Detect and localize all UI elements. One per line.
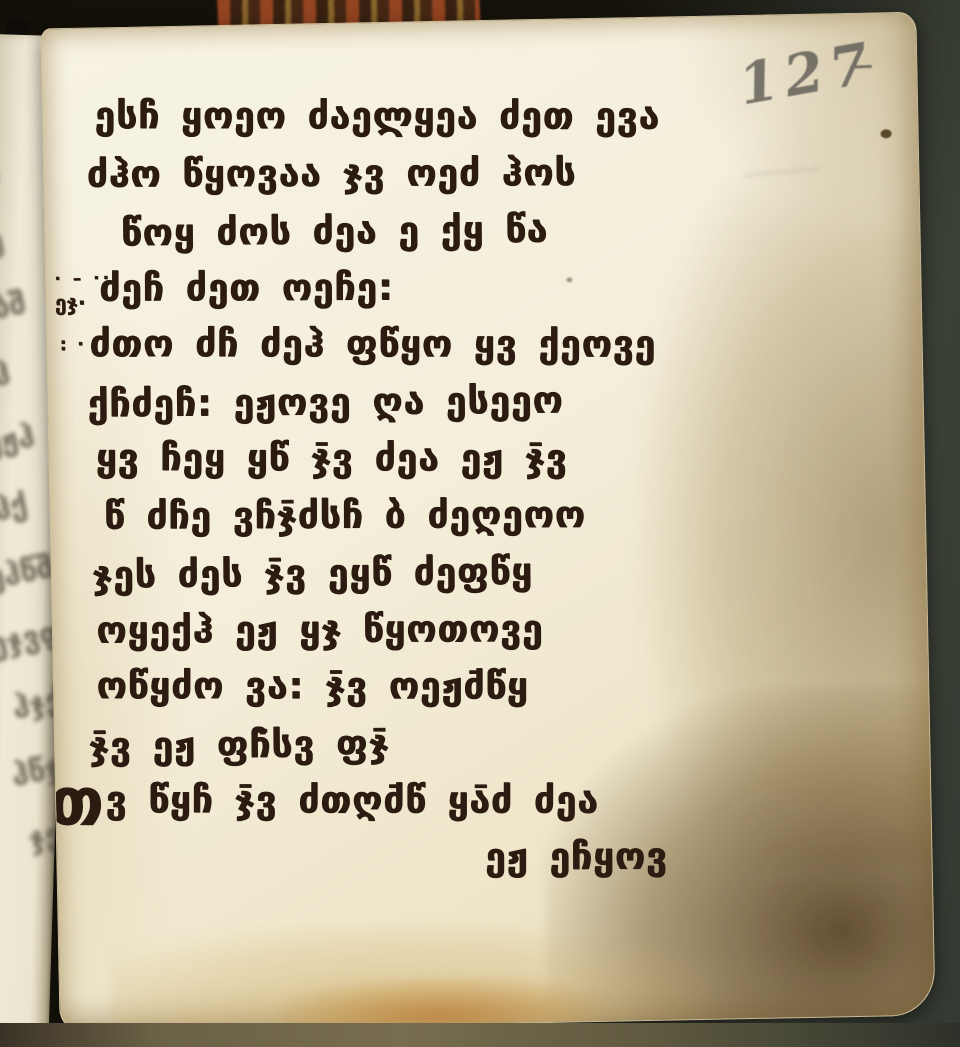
book-block-edge bbox=[0, 1023, 960, 1047]
ink-speck bbox=[881, 129, 892, 138]
manuscript-text-line: ძჰო წყოვაა ჯვ ოეძ ჰოს bbox=[87, 143, 807, 203]
manuscript-text-line: ოყექჰ ეჟ ყჯ წყოთოვე bbox=[96, 599, 808, 658]
manuscript-text-line: ძთო ძჩ ძეჰ ფწყო ყვ ქეოვე bbox=[89, 315, 807, 373]
manuscript-text-block: ესჩ ყოეო ძაელყეა ძეთ ევა ძჰო წყოვაა ჯვ ო… bbox=[87, 86, 810, 887]
parchment-page: 127 ∼∼∼∼∼∼∼∼ · – ·· ეჯ· : · ესჩ ყოეო ძაე… bbox=[40, 12, 935, 1033]
decorated-initial-letter: თ bbox=[49, 763, 106, 840]
margin-dot-mark: : · bbox=[59, 333, 86, 358]
manuscript-text-line: წ ძჩე ვჩჯ̄ძსჩ ბ ძეღეოო bbox=[104, 485, 808, 544]
manuscript-text-line-rest: ვ წყჩ ჯ̄ვ ძთღძ̄წ ყა̄ძ ძეა bbox=[106, 778, 599, 821]
manuscript-text-line: ესჩ ყოეო ძაელყეა ძეთ ევა bbox=[95, 87, 807, 145]
manuscript-text-line: ჯეს ძეს ჯ̄ვ ეყწ ძეფწყ bbox=[92, 540, 808, 603]
manuscript-photo-scene: ჰეჯბა ჯვჰჯო ჰეობე ჯყობშ ჰძფჰ ჰვეჟჰ ძჟჰქ … bbox=[0, 0, 960, 1047]
manuscript-text-line: ჯ̄ვ ეჟ ფჩ̄სვ ფჯ̄ bbox=[89, 711, 809, 774]
manuscript-text-line: ქჩძეჩ: ეჟოვე ღა ესეეო bbox=[87, 369, 807, 432]
manuscript-text-line: წოყ ძოს ძეა ე ქყ წა bbox=[121, 198, 807, 261]
manuscript-text-line: თვ წყჩ ჯ̄ვ ძთღძ̄წ ყა̄ძ ძეა bbox=[49, 771, 809, 829]
manuscript-text-line: ყვ ჩეყ ყწ ჯ̄ვ ძეა ეჟ ჯ̄ვ bbox=[96, 429, 808, 487]
manuscript-text-line: ეჟ ეჩყოვ bbox=[485, 827, 809, 885]
manuscript-text-line: ძეჩ ძეთ ოეჩე: bbox=[99, 257, 807, 316]
manuscript-text-line: ოწყძო ვა: ჯ̄ვ ოეჟძ̄წყ bbox=[97, 657, 809, 715]
parchment-stain bbox=[109, 917, 711, 1029]
